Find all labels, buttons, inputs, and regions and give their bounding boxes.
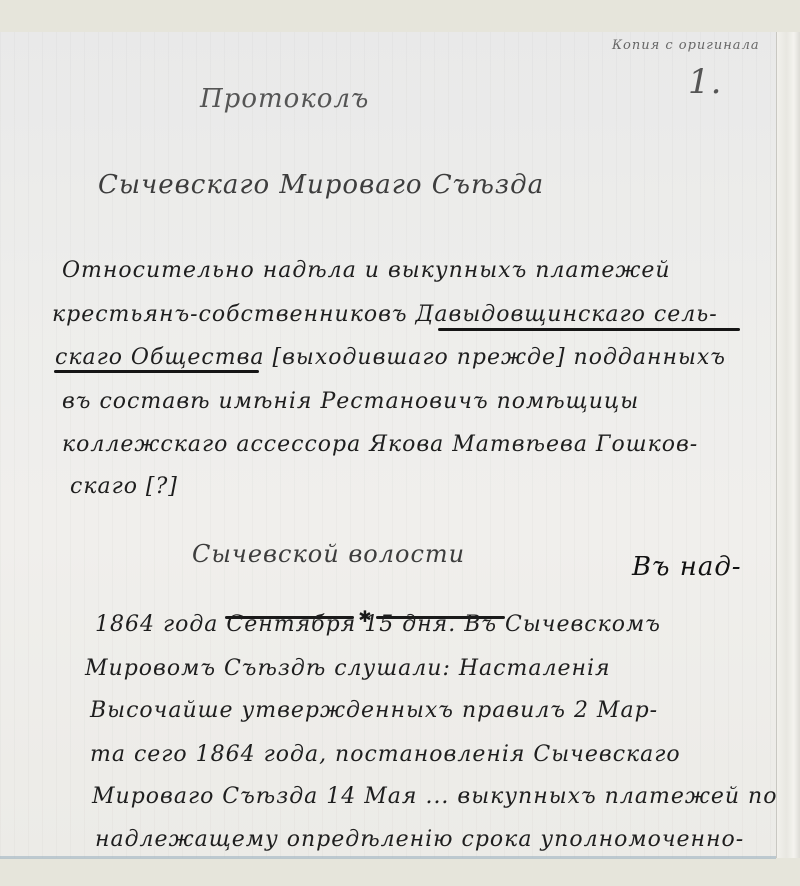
body-line-6: надлежащему опредѣленію срока уполномоче…: [95, 827, 744, 852]
intro-line-2: крестьянъ-собственниковъ Давыдовщинскаго…: [52, 302, 718, 327]
document-subheading: Сычевскаго Мироваго Съѣзда: [98, 170, 544, 200]
document-page: Копия с оригинала 1. Протоколъ Сычевскаг…: [0, 32, 776, 858]
intro-line-5: коллежскаго ассессора Якова Матвѣева Гош…: [62, 432, 698, 457]
body-line-1: 1864 года Сентября 15 дня. Въ Сычевскомъ: [95, 612, 661, 637]
page-number: 1.: [688, 62, 722, 102]
page-edge: [776, 32, 800, 858]
archive-annotation: Копия с оригинала: [612, 38, 760, 53]
margin-note: Въ над-: [632, 552, 742, 582]
body-line-5: Мироваго Съѣзда 14 Мая ... выкупныхъ пла…: [92, 784, 776, 809]
page-bottom-edge: [0, 856, 776, 859]
underline-society: [54, 370, 259, 373]
underline-village-name: [438, 328, 740, 331]
intro-line-1: Относительно надѣла и выкупныхъ платежей: [62, 258, 671, 283]
intro-line-6: скаго [?]: [70, 474, 178, 499]
intro-line-3: скаго Общества [выходившаго прежде] подд…: [55, 345, 726, 370]
body-line-2: Мировомъ Съѣздѣ слушали: Насталенія: [85, 656, 611, 681]
body-line-4: та сего 1864 года, постановленія Сычевск…: [90, 742, 681, 767]
document-heading: Протоколъ: [200, 84, 369, 114]
section-title: Сычевской волости: [192, 540, 465, 568]
body-line-3: Высочайше утвержденныхъ правилъ 2 Мар-: [90, 698, 658, 723]
intro-line-4: въ составѣ имѣнія Рестановичъ помѣщицы: [62, 389, 639, 414]
